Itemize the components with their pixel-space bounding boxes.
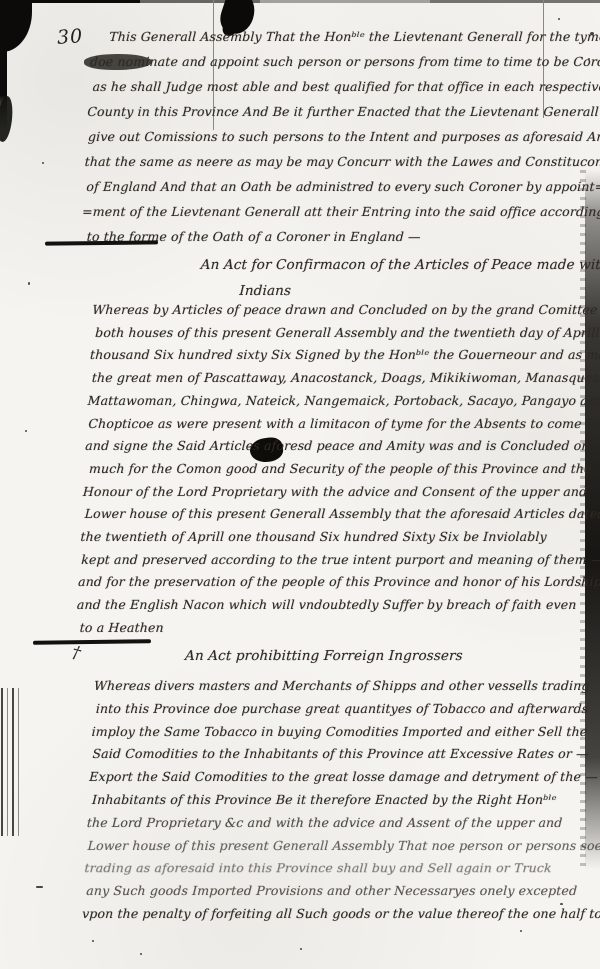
manuscript-line: doe nominate and appoint such person or … [89,49,576,74]
manuscript-line: the great men of Pascattaway, Anacostanc… [91,367,575,390]
manuscript-line: Whereas by Articles of peace drawn and C… [92,299,579,322]
page-number: 30 [56,25,84,49]
scan-streaks-left [1,688,20,836]
manuscript-line: =ment of the Lievtenant Generall att the… [81,199,568,224]
scan-speck [558,18,560,20]
manuscript-line: and the English Nacon which will vndoubt… [76,594,563,617]
scan-speck [28,282,30,285]
scan-border-top [0,0,600,3]
manuscript-line: that the same as neere as may be may Con… [84,149,571,174]
manuscript-line: the twentieth of Aprill one thousand Six… [80,526,567,549]
manuscript-line: Said Comodities to the Inhabitants of th… [92,743,577,766]
scan-speck [300,948,302,950]
manuscript-line: both houses of this present Generall Ass… [95,322,578,345]
section-divider-rule [33,639,151,645]
manuscript-line: This Generall Assembly That the Honᵇˡᵉ t… [109,24,578,49]
act-heading-line: An Act prohibitting Forreign Ingrossers [185,648,466,664]
scan-speck [140,953,142,955]
manuscript-line: and for the preservation of the people o… [77,571,564,594]
manuscript-line: of England And that an Oath be administr… [86,174,570,199]
manuscript-line: Whereas divers masters and Merchants of … [93,675,580,698]
articles-of-peace-text-block: Whereas by Articles of peace drawn and C… [75,299,579,640]
act-heading-forreign-ingrossers: An Act prohibitting Forreign Ingrossers [185,648,466,664]
scan-speck [92,940,94,942]
manuscript-line: Lower house of this present Generall Ass… [84,503,568,526]
manuscript-line: vpon the penalty of forfeiting all Such … [81,903,568,926]
scan-speck [36,886,43,888]
manuscript-line: thousand Six hundred sixty Six Signed by… [89,344,576,367]
act-heading-articles-of-peace: An Act for Confirmacon of the Articles o… [199,252,562,304]
manuscript-line: Export the Said Comodities to the great … [89,766,576,789]
manuscript-line: County in this Province And Be it furthe… [87,99,574,124]
manuscript-line: trading as aforesaid into this Province … [84,857,571,880]
manuscript-line: Inhabitants of this Province Be it there… [91,789,574,812]
manuscript-line: give out Comissions to such persons to t… [87,124,572,149]
scan-speck [25,430,27,432]
manuscript-line: to the forme of the Oath of a Coroner in… [86,224,567,249]
manuscript-line: to a Heathen [79,617,562,640]
scan-blotch-left [0,95,15,142]
manuscript-line: the Lord Proprietary &c and with the adv… [86,812,573,835]
manuscript-line: Mattawoman, Chingwa, Nateick, Nangemaick… [87,390,574,413]
manuscript-line: imploy the Same Tobacco in buying Comodi… [91,721,578,744]
manuscript-line: into this Province doe purchase great qu… [95,698,579,721]
manuscript-scan-page: 30 This Generall Assembly That the Honᵇˡ… [0,0,600,969]
manuscript-line: as he shall Judge most able and best qua… [92,74,575,99]
manuscript-line: Chopticoe as were present with a limitac… [88,413,573,436]
manuscript-line: and signe the Said Articles aforesd peac… [85,435,572,458]
manuscript-line: any Such goods Imported Provisions and o… [86,880,570,903]
coroners-act-text-block: This Generall Assembly That the Honᵇˡᵉ t… [80,24,578,249]
forreign-ingrossers-text-block: Whereas divers masters and Merchants of … [81,675,580,926]
scan-speck [42,162,44,164]
manuscript-line: much for the Comon good and Security of … [88,458,570,481]
manuscript-line: Honour of the Lord Proprietary with the … [82,481,569,504]
scan-speck [520,930,522,932]
manuscript-line: kept and preserved according to the true… [81,549,566,572]
act-heading-line: An Act for Confirmacon of the Articles o… [200,252,561,278]
manuscript-line: Lower house of this present Generall Ass… [87,835,572,858]
cross-mark: † [70,642,83,663]
